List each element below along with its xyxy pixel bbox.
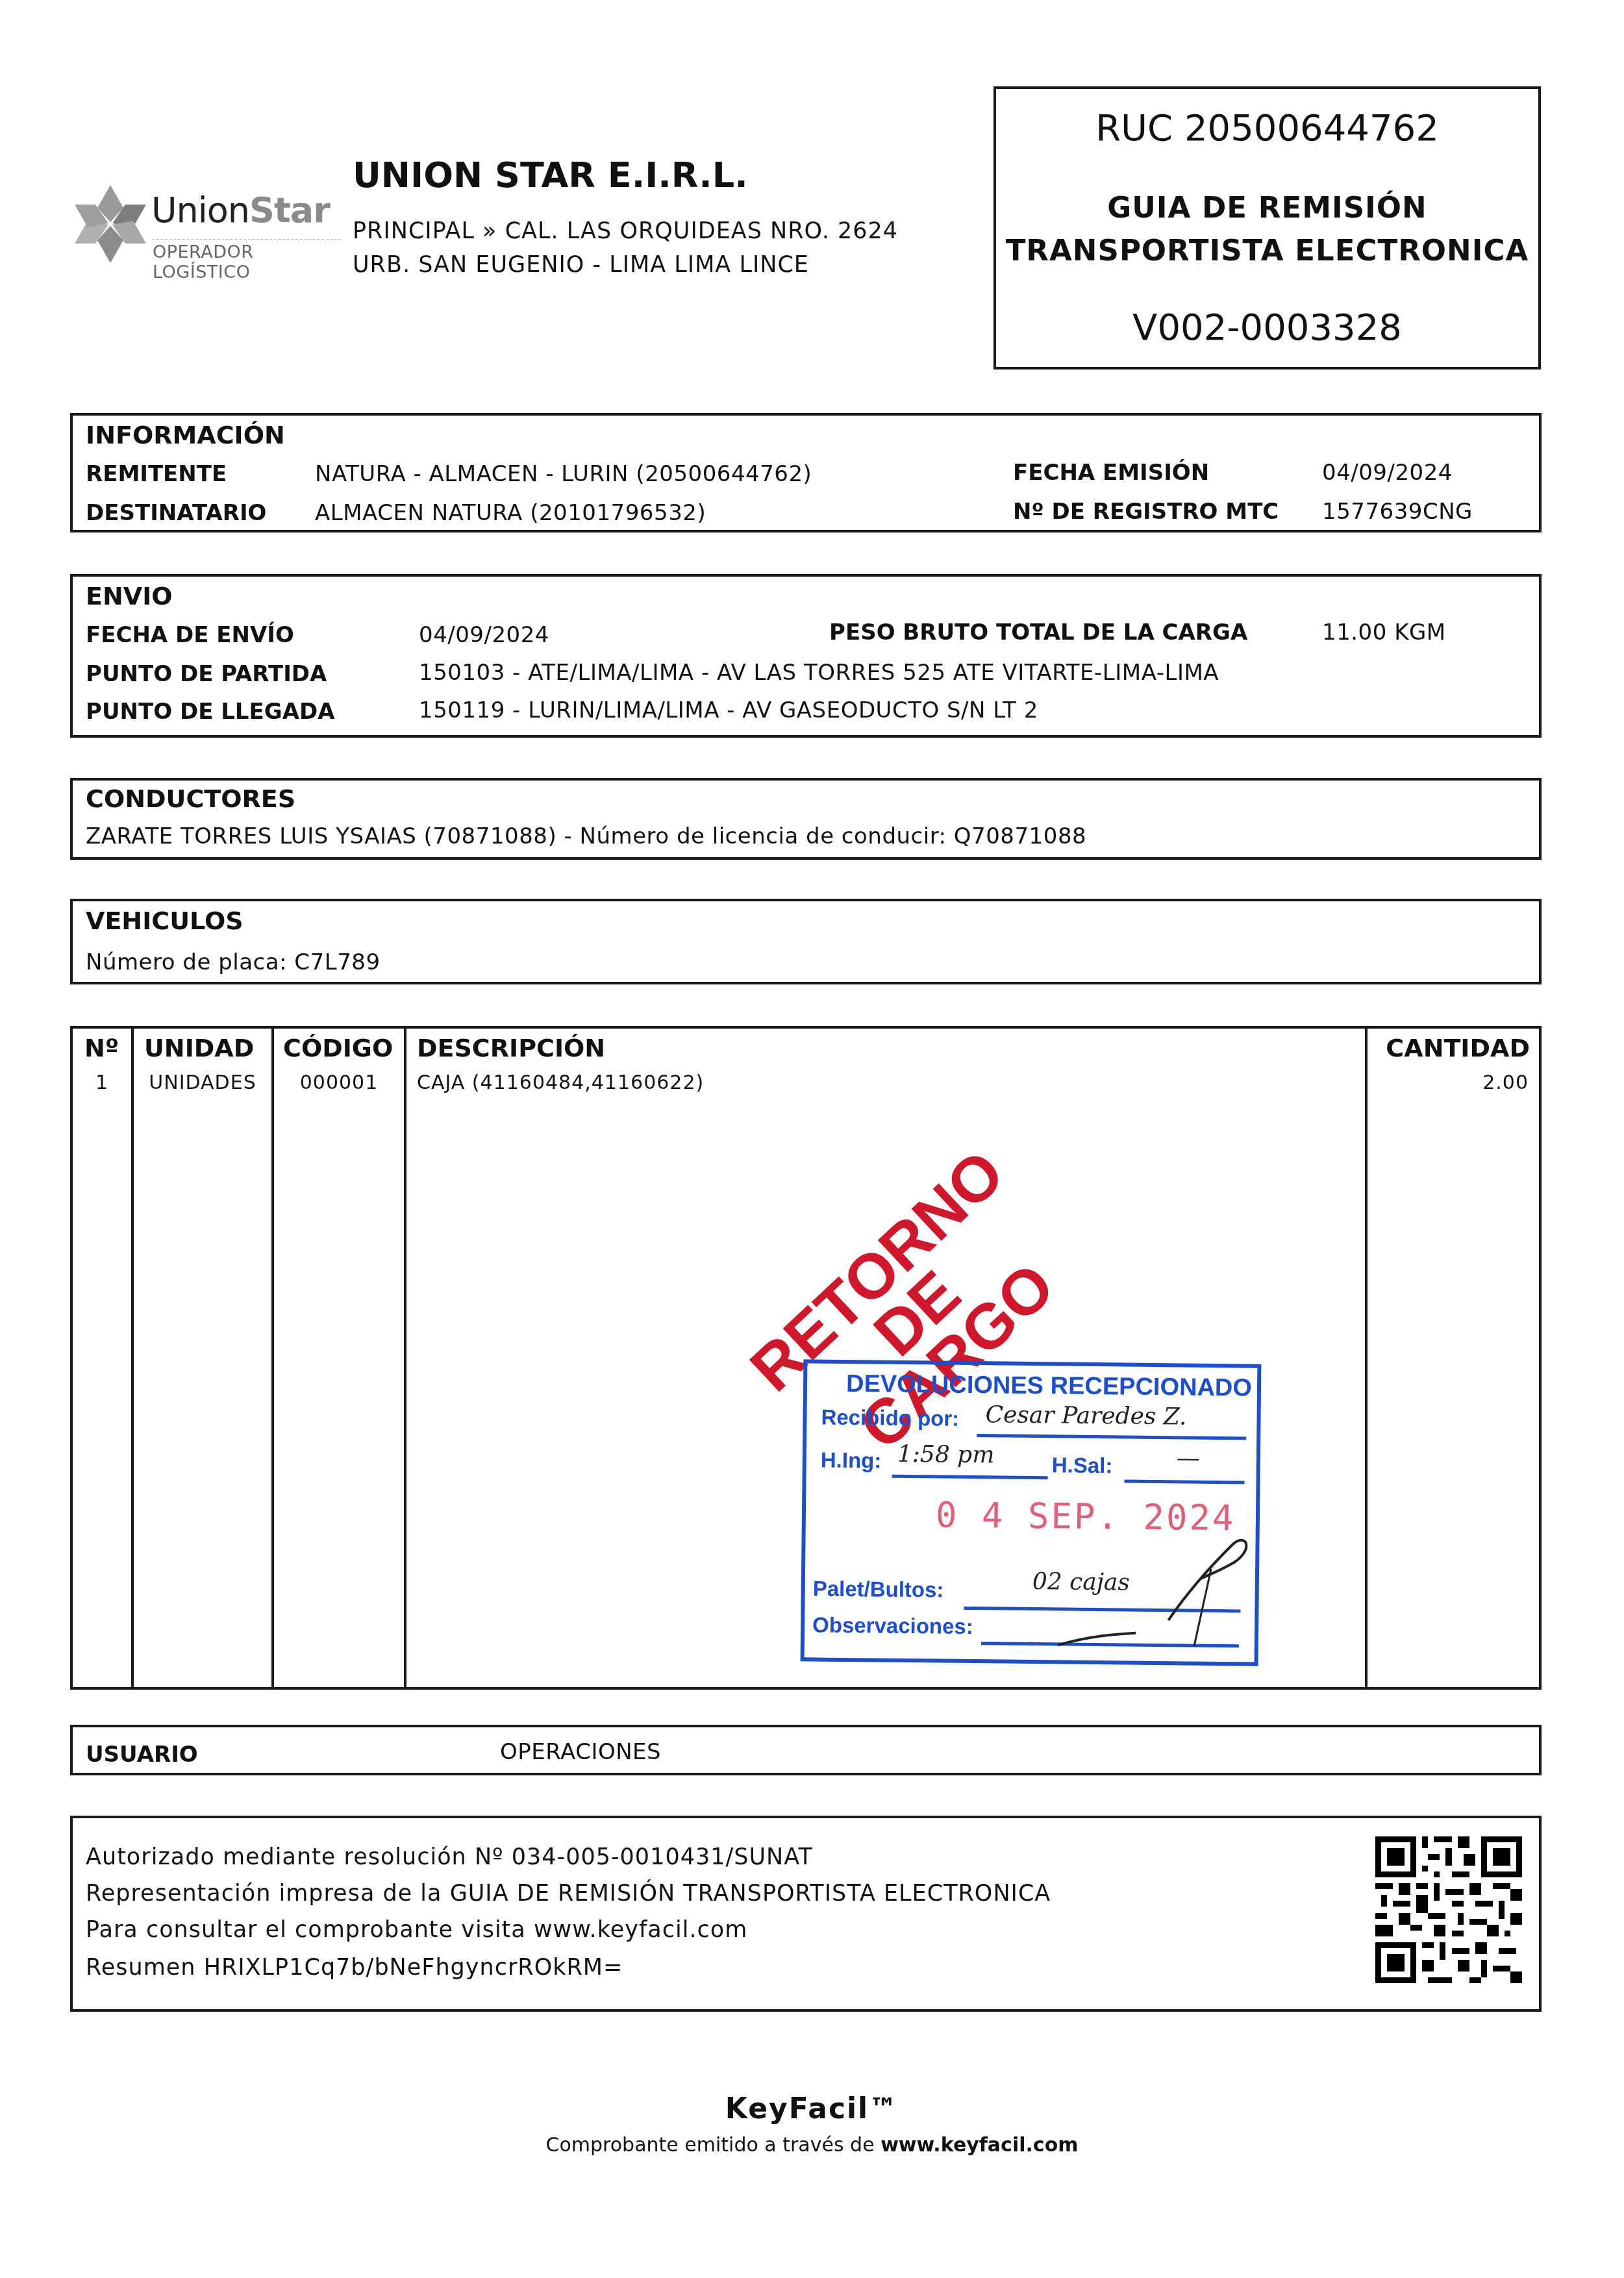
header-descripcion: DESCRIPCIÓN — [417, 1034, 605, 1062]
fecha-emision-label: FECHA EMISIÓN — [1013, 460, 1209, 486]
stamp-blue-title: DEVOLUCIONES RECEPCIONADO — [846, 1370, 1252, 1403]
observaciones-label: Observaciones: — [812, 1612, 973, 1639]
vehiculos-section: VEHICULOS Número de placa: C7L789 — [70, 899, 1542, 984]
conductores-section: CONDUCTORES ZARATE TORRES LUIS YSAIAS (7… — [70, 778, 1542, 860]
resumen-line: Resumen HRIXLP1Cq7b/bNeFhgyncrROkRM= — [86, 1955, 623, 1981]
underline — [1124, 1480, 1244, 1484]
column-divider — [271, 1029, 274, 1687]
logo-word-star: Star — [249, 190, 330, 231]
usuario-label: USUARIO — [86, 1742, 198, 1768]
logo-word-union: Union — [151, 190, 249, 231]
registro-mtc-value: 1577639CNG — [1322, 499, 1473, 525]
fecha-emision-value: 04/09/2024 — [1322, 460, 1453, 486]
h-sal-handwritten: — — [1177, 1445, 1200, 1471]
authorization-section: Autorizado mediante resolución Nº 034-00… — [70, 1816, 1542, 2012]
h-ing-handwritten: 1:58 pm — [897, 1441, 995, 1469]
h-sal-label: H.Sal: — [1052, 1453, 1113, 1478]
informacion-section: INFORMACIÓN REMITENTE NATURA - ALMACEN -… — [70, 413, 1542, 532]
signature-mark — [1051, 1528, 1260, 1660]
qr-code-icon — [1375, 1836, 1522, 1983]
underline — [892, 1475, 1048, 1480]
vehiculos-title: VEHICULOS — [86, 907, 244, 935]
star-logo-icon — [68, 182, 153, 266]
header-unidad: UNIDAD — [144, 1034, 254, 1062]
fecha-envio-value: 04/09/2024 — [419, 622, 549, 648]
h-ing-label: H.Ing: — [821, 1448, 882, 1473]
company-logo: UnionStar OPERADOR LOGÍSTICO — [68, 182, 341, 273]
row-descripcion: CAJA (41160484,41160622) — [417, 1071, 704, 1094]
fecha-envio-label: FECHA DE ENVÍO — [86, 622, 294, 648]
document-title: GUIA DE REMISIÓN TRANSPORTISTA ELECTRONI… — [996, 186, 1538, 272]
conductor-value: ZARATE TORRES LUIS YSAIAS (70871088) - N… — [86, 823, 1086, 849]
address-line-1: PRINCIPAL » CAL. LAS ORQUIDEAS NRO. 2624 — [353, 214, 898, 248]
destinatario-value: ALMACEN NATURA (20101796532) — [315, 500, 706, 526]
document-title-line-1: GUIA DE REMISIÓN — [996, 186, 1538, 229]
keyfacil-brand: KeyFacil™ — [0, 2092, 1624, 2125]
header-codigo: CÓDIGO — [283, 1034, 393, 1062]
tagline-prefix: Comprobante emitido a través de — [545, 2134, 881, 2157]
placa-value: Número de placa: C7L789 — [86, 949, 381, 975]
company-name: UNION STAR E.I.R.L. — [353, 155, 748, 195]
header-numero: Nº — [84, 1034, 119, 1062]
remitente-value: NATURA - ALMACEN - LURIN (20500644762) — [315, 461, 812, 487]
envio-section: ENVIO FECHA DE ENVÍO 04/09/2024 PESO BRU… — [70, 574, 1542, 738]
row-cantidad: 2.00 — [1482, 1071, 1529, 1094]
envio-title: ENVIO — [86, 582, 173, 610]
column-divider — [131, 1029, 134, 1687]
partida-label: PUNTO DE PARTIDA — [86, 661, 327, 687]
partida-value: 150103 - ATE/LIMA/LIMA - AV LAS TORRES 5… — [419, 660, 1219, 686]
remitente-label: REMITENTE — [86, 461, 227, 487]
informacion-title: INFORMACIÓN — [86, 421, 285, 449]
recibido-handwritten: Cesar Paredes Z. — [985, 1401, 1187, 1430]
row-codigo: 000001 — [274, 1071, 404, 1094]
conductores-title: CONDUCTORES — [86, 784, 295, 813]
destinatario-label: DESTINATARIO — [86, 500, 267, 526]
logo-tagline: OPERADOR LOGÍSTICO — [153, 239, 341, 282]
document-number: V002-0003328 — [996, 307, 1538, 349]
peso-label: PESO BRUTO TOTAL DE LA CARGA — [829, 620, 1247, 645]
authorization-line: Autorizado mediante resolución Nº 034-00… — [86, 1844, 813, 1870]
usuario-value: OPERACIONES — [500, 1739, 661, 1765]
usuario-section: USUARIO OPERACIONES — [70, 1725, 1542, 1775]
logo-wordmark: UnionStar — [151, 190, 330, 231]
llegada-value: 150119 - LURIN/LIMA/LIMA - AV GASEODUCTO… — [419, 697, 1038, 723]
representation-line: Representación impresa de la GUIA DE REM… — [86, 1881, 1051, 1907]
row-unidad: UNIDADES — [134, 1071, 271, 1094]
peso-value: 11.00 KGM — [1322, 620, 1446, 645]
row-numero: 1 — [73, 1071, 131, 1094]
ruc-number: RUC 20500644762 — [996, 107, 1538, 149]
recibido-label: Recibido por: — [821, 1405, 959, 1431]
document-title-line-2: TRANSPORTISTA ELECTRONICA — [996, 229, 1538, 272]
consult-line: Para consultar el comprobante visita www… — [86, 1917, 747, 1943]
palet-label: Palet/Bultos: — [813, 1576, 944, 1602]
keyfacil-link[interactable]: www.keyfacil.com — [881, 2134, 1078, 2157]
underline — [977, 1434, 1246, 1440]
company-address: PRINCIPAL » CAL. LAS ORQUIDEAS NRO. 2624… — [353, 214, 898, 282]
document-id-box: RUC 20500644762 GUIA DE REMISIÓN TRANSPO… — [993, 86, 1541, 369]
devoluciones-stamp: DEVOLUCIONES RECEPCIONADO Recibido por: … — [801, 1359, 1262, 1666]
address-line-2: URB. SAN EUGENIO - LIMA LIMA LINCE — [353, 248, 898, 282]
llegada-label: PUNTO DE LLEGADA — [86, 699, 335, 725]
registro-mtc-label: Nº DE REGISTRO MTC — [1013, 499, 1279, 525]
header-cantidad: CANTIDAD — [1386, 1034, 1530, 1062]
column-divider — [1365, 1029, 1368, 1687]
keyfacil-tagline: Comprobante emitido a través de www.keyf… — [0, 2134, 1624, 2157]
column-divider — [404, 1029, 406, 1687]
